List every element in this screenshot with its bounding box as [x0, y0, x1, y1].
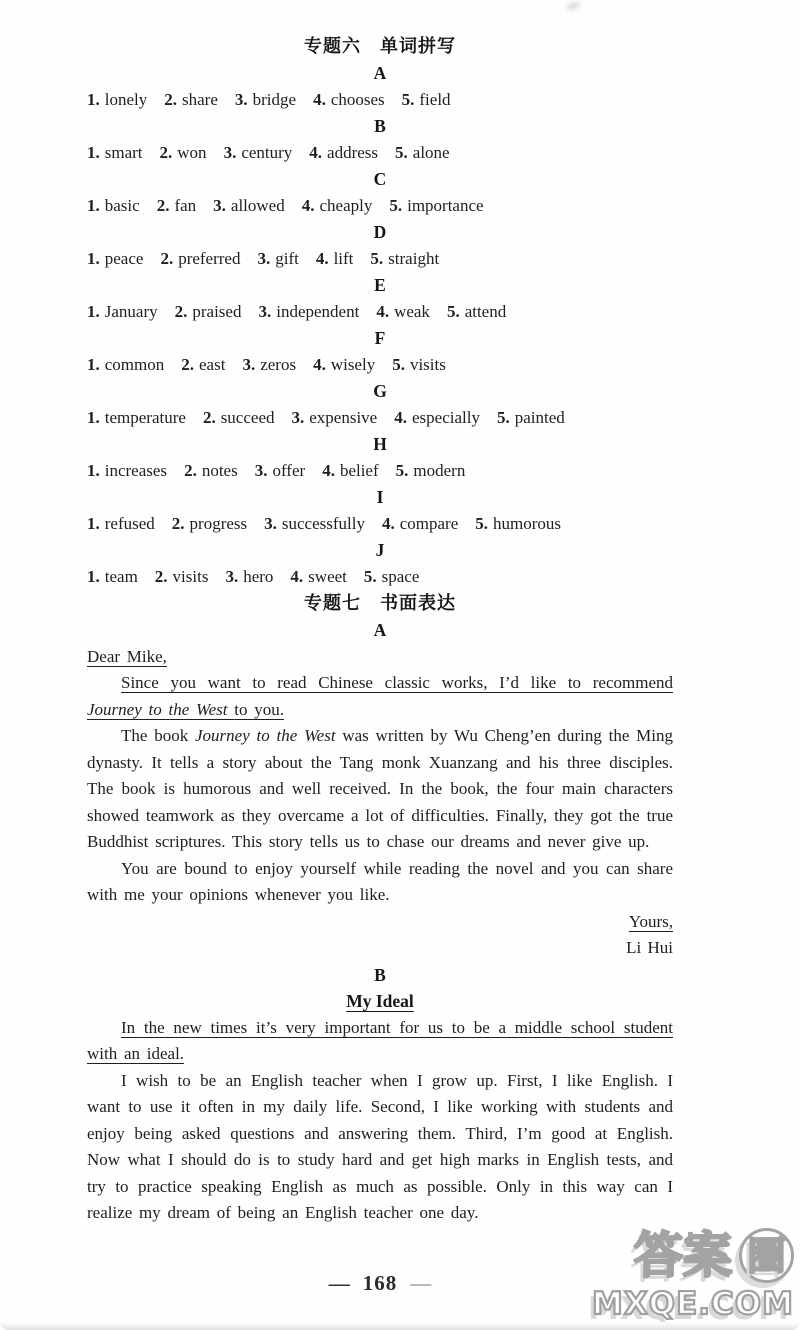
answer-item: 1.basic — [87, 196, 140, 215]
answer-number: 2. — [181, 355, 194, 374]
footer-dash-left: — — [329, 1271, 350, 1295]
answer-item: 4.lift — [316, 249, 354, 268]
answer-word: progress — [190, 514, 248, 533]
answer-number: 1. — [87, 90, 100, 109]
answer-item: 4.belief — [322, 461, 378, 480]
answer-item: 3.bridge — [235, 90, 296, 109]
book-title-italic: Journey to the West — [87, 700, 227, 719]
answer-row-g: 1.temperature2.succeed3.expensive4.espec… — [87, 405, 673, 432]
answer-word: painted — [515, 408, 565, 427]
answer-number: 3. — [292, 408, 305, 427]
answer-number: 5. — [402, 90, 415, 109]
answer-word: alone — [413, 143, 450, 162]
answer-number: 2. — [160, 249, 173, 268]
answer-number: 4. — [316, 249, 329, 268]
answer-row-d: 1.peace2.preferred3.gift4.lift5.straight — [87, 246, 673, 273]
answer-row-a: 1.lonely2.share3.bridge4.chooses5.field — [87, 87, 673, 114]
answer-word: won — [177, 143, 206, 162]
answer-number: 1. — [87, 249, 100, 268]
answer-row-e: 1.January2.praised3.independent4.weak5.a… — [87, 299, 673, 326]
answer-item: 1.team — [87, 567, 138, 586]
answer-number: 5. — [497, 408, 510, 427]
answer-number: 4. — [394, 408, 407, 427]
answer-word: offer — [272, 461, 305, 480]
answer-number: 1. — [87, 514, 100, 533]
answer-number: 1. — [87, 567, 100, 586]
part-b-letter: B — [87, 962, 673, 989]
answer-item: 1.temperature — [87, 408, 186, 427]
closing-text: Yours, — [629, 912, 673, 931]
answer-number: 5. — [396, 461, 409, 480]
answer-word: increases — [105, 461, 167, 480]
answer-word: succeed — [221, 408, 275, 427]
answer-item: 5.straight — [370, 249, 439, 268]
answer-word: allowed — [231, 196, 285, 215]
answer-number: 3. — [242, 355, 255, 374]
answer-word: visits — [173, 567, 209, 586]
answer-number: 1. — [87, 143, 100, 162]
answer-number: 1. — [87, 196, 100, 215]
answer-row-b: 1.smart2.won3.century4.address5.alone — [87, 140, 673, 167]
letter-body-paragraph-2: You are bound to enjoy yourself while re… — [87, 856, 673, 909]
answer-number: 1. — [87, 302, 100, 321]
essay-title-text: My Ideal — [346, 991, 414, 1011]
answer-item: 5.alone — [395, 143, 450, 162]
group-letter-c: C — [87, 166, 673, 193]
group-letter-h: H — [87, 431, 673, 458]
answer-item: 3.successfully — [264, 514, 365, 533]
group-letter-i: I — [87, 484, 673, 511]
answer-number: 5. — [370, 249, 383, 268]
watermark-circle-icon: 圈 — [739, 1228, 794, 1283]
answer-word: expensive — [309, 408, 377, 427]
answer-word: independent — [276, 302, 359, 321]
answer-word: chooses — [331, 90, 385, 109]
answer-word: importance — [407, 196, 483, 215]
answer-number: 3. — [224, 143, 237, 162]
answer-number: 3. — [213, 196, 226, 215]
answer-number: 2. — [175, 302, 188, 321]
answer-item: 4.wisely — [313, 355, 375, 374]
letter-opening-sentence: Since you want to read Chinese classic w… — [87, 670, 673, 723]
group-letter-b: B — [87, 113, 673, 140]
answer-item: 2.east — [181, 355, 225, 374]
answer-row-h: 1.increases2.notes3.offer4.belief5.moder… — [87, 458, 673, 485]
answer-number: 1. — [87, 408, 100, 427]
answer-number: 5. — [392, 355, 405, 374]
answer-word: attend — [465, 302, 507, 321]
answer-word: straight — [388, 249, 439, 268]
answer-number: 2. — [164, 90, 177, 109]
opening-text-after: to you. — [234, 700, 284, 719]
answer-item: 3.expensive — [292, 408, 378, 427]
answer-number: 4. — [290, 567, 303, 586]
answer-word: share — [182, 90, 218, 109]
group-letter-j: J — [87, 537, 673, 564]
part-a-letter: A — [87, 617, 673, 644]
answer-item: 2.notes — [184, 461, 238, 480]
answer-word: lift — [334, 249, 354, 268]
answer-word: visits — [410, 355, 446, 374]
answer-word: address — [327, 143, 378, 162]
answer-item: 4.sweet — [290, 567, 346, 586]
answer-item: 3.zeros — [242, 355, 296, 374]
answer-number: 1. — [87, 461, 100, 480]
group-letter-e: E — [87, 272, 673, 299]
answer-number: 5. — [475, 514, 488, 533]
group-letter-g: G — [87, 378, 673, 405]
answer-item: 3.allowed — [213, 196, 285, 215]
essay-title: My Ideal — [87, 988, 673, 1015]
answer-word: bridge — [253, 90, 296, 109]
footer-dash-right: — — [410, 1271, 431, 1295]
answer-item: 3.offer — [255, 461, 305, 480]
answer-item: 4.compare — [382, 514, 458, 533]
answer-word: smart — [105, 143, 143, 162]
answer-word: zeros — [260, 355, 296, 374]
answer-word: team — [105, 567, 138, 586]
answer-number: 4. — [313, 90, 326, 109]
answer-word: preferred — [178, 249, 240, 268]
answer-item: 5.painted — [497, 408, 565, 427]
answer-word: weak — [394, 302, 430, 321]
letter-salutation: Dear Mike, — [87, 644, 673, 671]
answer-number: 4. — [376, 302, 389, 321]
answer-item: 2.praised — [175, 302, 242, 321]
answer-word: temperature — [105, 408, 186, 427]
answer-item: 4.address — [309, 143, 378, 162]
answer-item: 3.century — [224, 143, 293, 162]
letter-signature: Li Hui — [87, 935, 673, 962]
answer-word: especially — [412, 408, 480, 427]
answer-item: 1.lonely — [87, 90, 147, 109]
answer-number: 4. — [302, 196, 315, 215]
answer-number: 4. — [322, 461, 335, 480]
answer-word: hero — [243, 567, 273, 586]
answer-word: gift — [275, 249, 299, 268]
answer-word: lonely — [105, 90, 148, 109]
book-title-italic: Journey to the West — [195, 726, 336, 745]
answer-item: 2.share — [164, 90, 218, 109]
answer-item: 5.visits — [392, 355, 446, 374]
answer-word: basic — [105, 196, 140, 215]
answer-number: 4. — [309, 143, 322, 162]
essay-body: I wish to be an English teacher when I g… — [87, 1068, 673, 1227]
answer-item: 2.visits — [155, 567, 209, 586]
watermark-circled-char: 圈 — [747, 1237, 785, 1275]
section6-title: 专题六 单词拼写 — [87, 33, 673, 60]
answer-item: 5.modern — [396, 461, 466, 480]
answer-number: 3. — [257, 249, 270, 268]
para1-text-before: The book — [121, 726, 188, 745]
answer-word: compare — [400, 514, 459, 533]
section7-title: 专题七 书面表达 — [87, 590, 673, 617]
answer-word: refused — [105, 514, 155, 533]
answer-item: 2.won — [160, 143, 207, 162]
group-letter-a: A — [87, 60, 673, 87]
answer-number: 2. — [155, 567, 168, 586]
answer-word: common — [105, 355, 165, 374]
page-number-footer: —168— — [87, 1270, 673, 1296]
salutation-text: Dear Mike, — [87, 647, 167, 666]
group-letter-d: D — [87, 219, 673, 246]
answer-row-f: 1.common2.east3.zeros4.wisely5.visits — [87, 352, 673, 379]
answer-word: space — [382, 567, 420, 586]
answer-number: 4. — [313, 355, 326, 374]
answer-item: 2.progress — [172, 514, 247, 533]
answer-item: 1.January — [87, 302, 158, 321]
answer-item: 4.chooses — [313, 90, 385, 109]
page-number: 168 — [363, 1271, 398, 1295]
answer-number: 2. — [172, 514, 185, 533]
answer-row-c: 1.basic2.fan3.allowed4.cheaply5.importan… — [87, 193, 673, 220]
answer-item: 2.preferred — [160, 249, 240, 268]
letter-body-paragraph-1: The book Journey to the West was written… — [87, 723, 673, 856]
answer-word: century — [241, 143, 292, 162]
answer-item: 5.importance — [389, 196, 483, 215]
answer-word: peace — [105, 249, 144, 268]
answer-word: belief — [340, 461, 379, 480]
answer-number: 2. — [157, 196, 170, 215]
answer-number: 3. — [264, 514, 277, 533]
answer-word: field — [419, 90, 450, 109]
answer-row-i: 1.refused2.progress3.successfully4.compa… — [87, 511, 673, 538]
answer-item: 1.peace — [87, 249, 143, 268]
answer-number: 3. — [225, 567, 238, 586]
answer-item: 2.succeed — [203, 408, 275, 427]
answer-word: praised — [192, 302, 241, 321]
answer-item: 3.gift — [257, 249, 298, 268]
answer-word: modern — [413, 461, 465, 480]
answer-number: 2. — [203, 408, 216, 427]
answer-word: cheaply — [319, 196, 372, 215]
answer-item: 3.independent — [258, 302, 359, 321]
answer-word: January — [105, 302, 158, 321]
answer-item: 4.weak — [376, 302, 430, 321]
answer-number: 2. — [184, 461, 197, 480]
scanned-answer-page: 专题六 单词拼写 A 1.lonely2.share3.bridge4.choo… — [0, 0, 800, 1330]
answer-word: humorous — [493, 514, 561, 533]
answer-number: 3. — [258, 302, 271, 321]
answer-item: 5.space — [364, 567, 420, 586]
scan-smudge-artifact — [565, 1, 581, 11]
answer-number: 3. — [235, 90, 248, 109]
answer-number: 4. — [382, 514, 395, 533]
answer-item: 1.refused — [87, 514, 155, 533]
answer-item: 3.hero — [225, 567, 273, 586]
answer-word: wisely — [331, 355, 375, 374]
essay-thesis: In the new times it’s very important for… — [87, 1015, 673, 1068]
answer-item: 4.cheaply — [302, 196, 373, 215]
answer-number: 3. — [255, 461, 268, 480]
answer-word: successfully — [282, 514, 365, 533]
answer-word: sweet — [308, 567, 347, 586]
answer-item: 1.smart — [87, 143, 143, 162]
answer-item: 2.fan — [157, 196, 196, 215]
signature-text: Li Hui — [626, 938, 673, 957]
answer-number: 5. — [447, 302, 460, 321]
opening-text-before: Since you want to read Chinese classic w… — [121, 673, 673, 692]
answer-item: 1.common — [87, 355, 164, 374]
answer-word: notes — [202, 461, 238, 480]
answer-item: 4.especially — [394, 408, 480, 427]
answer-number: 5. — [389, 196, 402, 215]
text-column: 专题六 单词拼写 A 1.lonely2.share3.bridge4.choo… — [87, 33, 673, 1227]
answer-number: 1. — [87, 355, 100, 374]
answer-number: 5. — [364, 567, 377, 586]
answer-number: 2. — [160, 143, 173, 162]
answer-row-j: 1.team2.visits3.hero4.sweet5.space — [87, 564, 673, 591]
answer-word: fan — [174, 196, 196, 215]
answer-item: 5.field — [402, 90, 451, 109]
answer-item: 5.humorous — [475, 514, 561, 533]
letter-closing: Yours, — [87, 909, 673, 936]
scan-bottom-edge — [0, 1322, 800, 1330]
answer-item: 1.increases — [87, 461, 167, 480]
answer-number: 5. — [395, 143, 408, 162]
group-letter-f: F — [87, 325, 673, 352]
answer-item: 5.attend — [447, 302, 506, 321]
answer-word: east — [199, 355, 225, 374]
